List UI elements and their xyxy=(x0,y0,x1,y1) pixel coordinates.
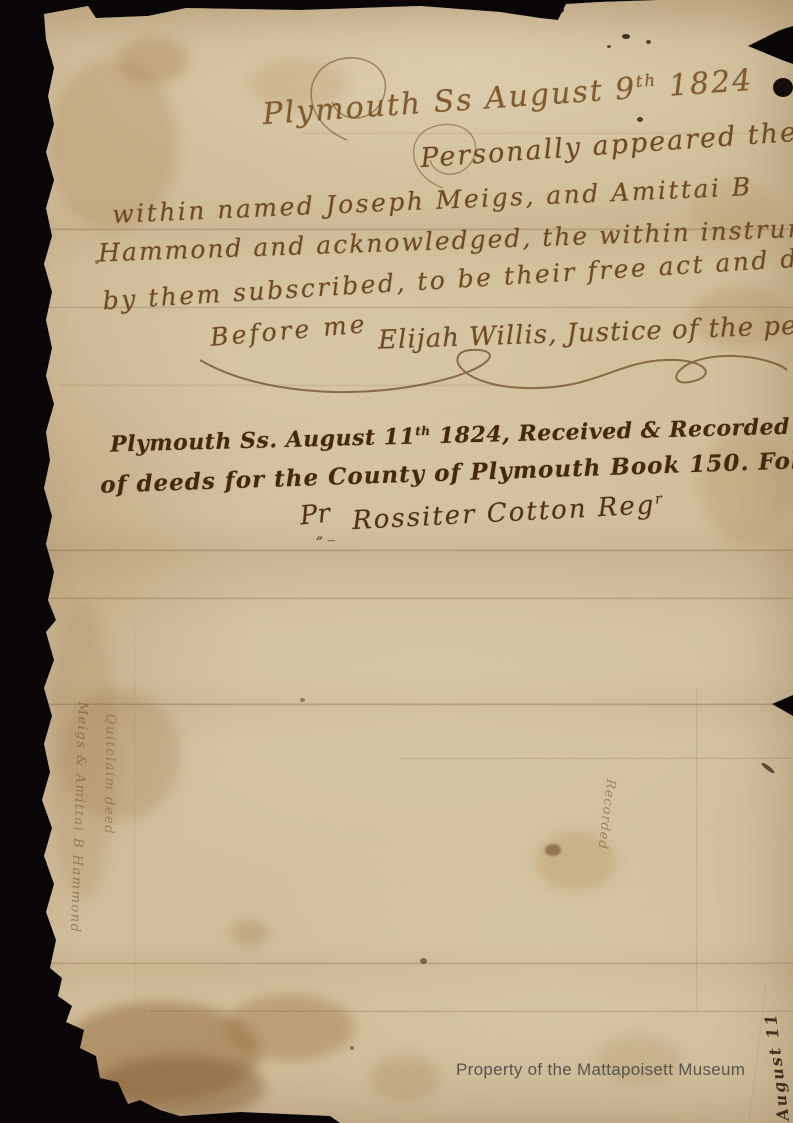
per-ditto-marks: „ _ xyxy=(316,526,335,542)
ink-speck xyxy=(350,1046,354,1050)
fold-crease xyxy=(44,962,793,965)
fold-crease xyxy=(134,620,136,1012)
signature-flourish xyxy=(195,342,790,400)
fold-crease xyxy=(749,985,768,1122)
recording-text: Plymouth Ss. August 11 xyxy=(110,424,416,458)
ink-speck xyxy=(607,45,611,48)
ink-speck xyxy=(760,761,775,774)
ink-speck xyxy=(545,844,561,856)
stain xyxy=(370,1055,440,1100)
recording-superscript: th xyxy=(415,424,431,438)
registrar-signature: Rossiter Cotton Regr xyxy=(351,490,664,536)
docket-line-2: Quitclaim deed xyxy=(101,714,118,835)
stain xyxy=(118,38,188,84)
fold-crease xyxy=(696,688,698,1012)
stain xyxy=(700,428,793,543)
registrar-name: Rossiter Cotton Reg xyxy=(351,490,656,536)
paper-hole xyxy=(544,4,564,15)
scanned-document-page: { "colors": { "background": "#0a0607", "… xyxy=(0,0,793,1123)
fold-crease xyxy=(44,549,793,552)
ink-speck xyxy=(420,958,427,964)
stain xyxy=(225,995,355,1060)
ink-speck xyxy=(637,117,643,122)
stain xyxy=(95,1055,265,1120)
heading-year: 1824 xyxy=(656,63,754,105)
heading-superscript: th xyxy=(635,71,658,91)
paper-hole xyxy=(773,78,793,97)
edge-date-note: August 11 xyxy=(761,1011,793,1122)
fold-crease xyxy=(400,757,793,760)
ink-speck xyxy=(300,698,305,702)
museum-watermark: Property of the Mattapoisett Museum xyxy=(456,1060,745,1080)
recorded-note: Recorded xyxy=(594,778,618,850)
ink-speck xyxy=(622,34,630,39)
ink-speck xyxy=(646,40,651,44)
aged-paper-sheet: Plymouth Ss August 9th 1824 Personally a… xyxy=(0,0,793,1123)
stain xyxy=(230,920,270,946)
fold-crease xyxy=(44,703,793,706)
registrar-superscript: r xyxy=(655,491,665,507)
fold-crease xyxy=(44,597,793,600)
